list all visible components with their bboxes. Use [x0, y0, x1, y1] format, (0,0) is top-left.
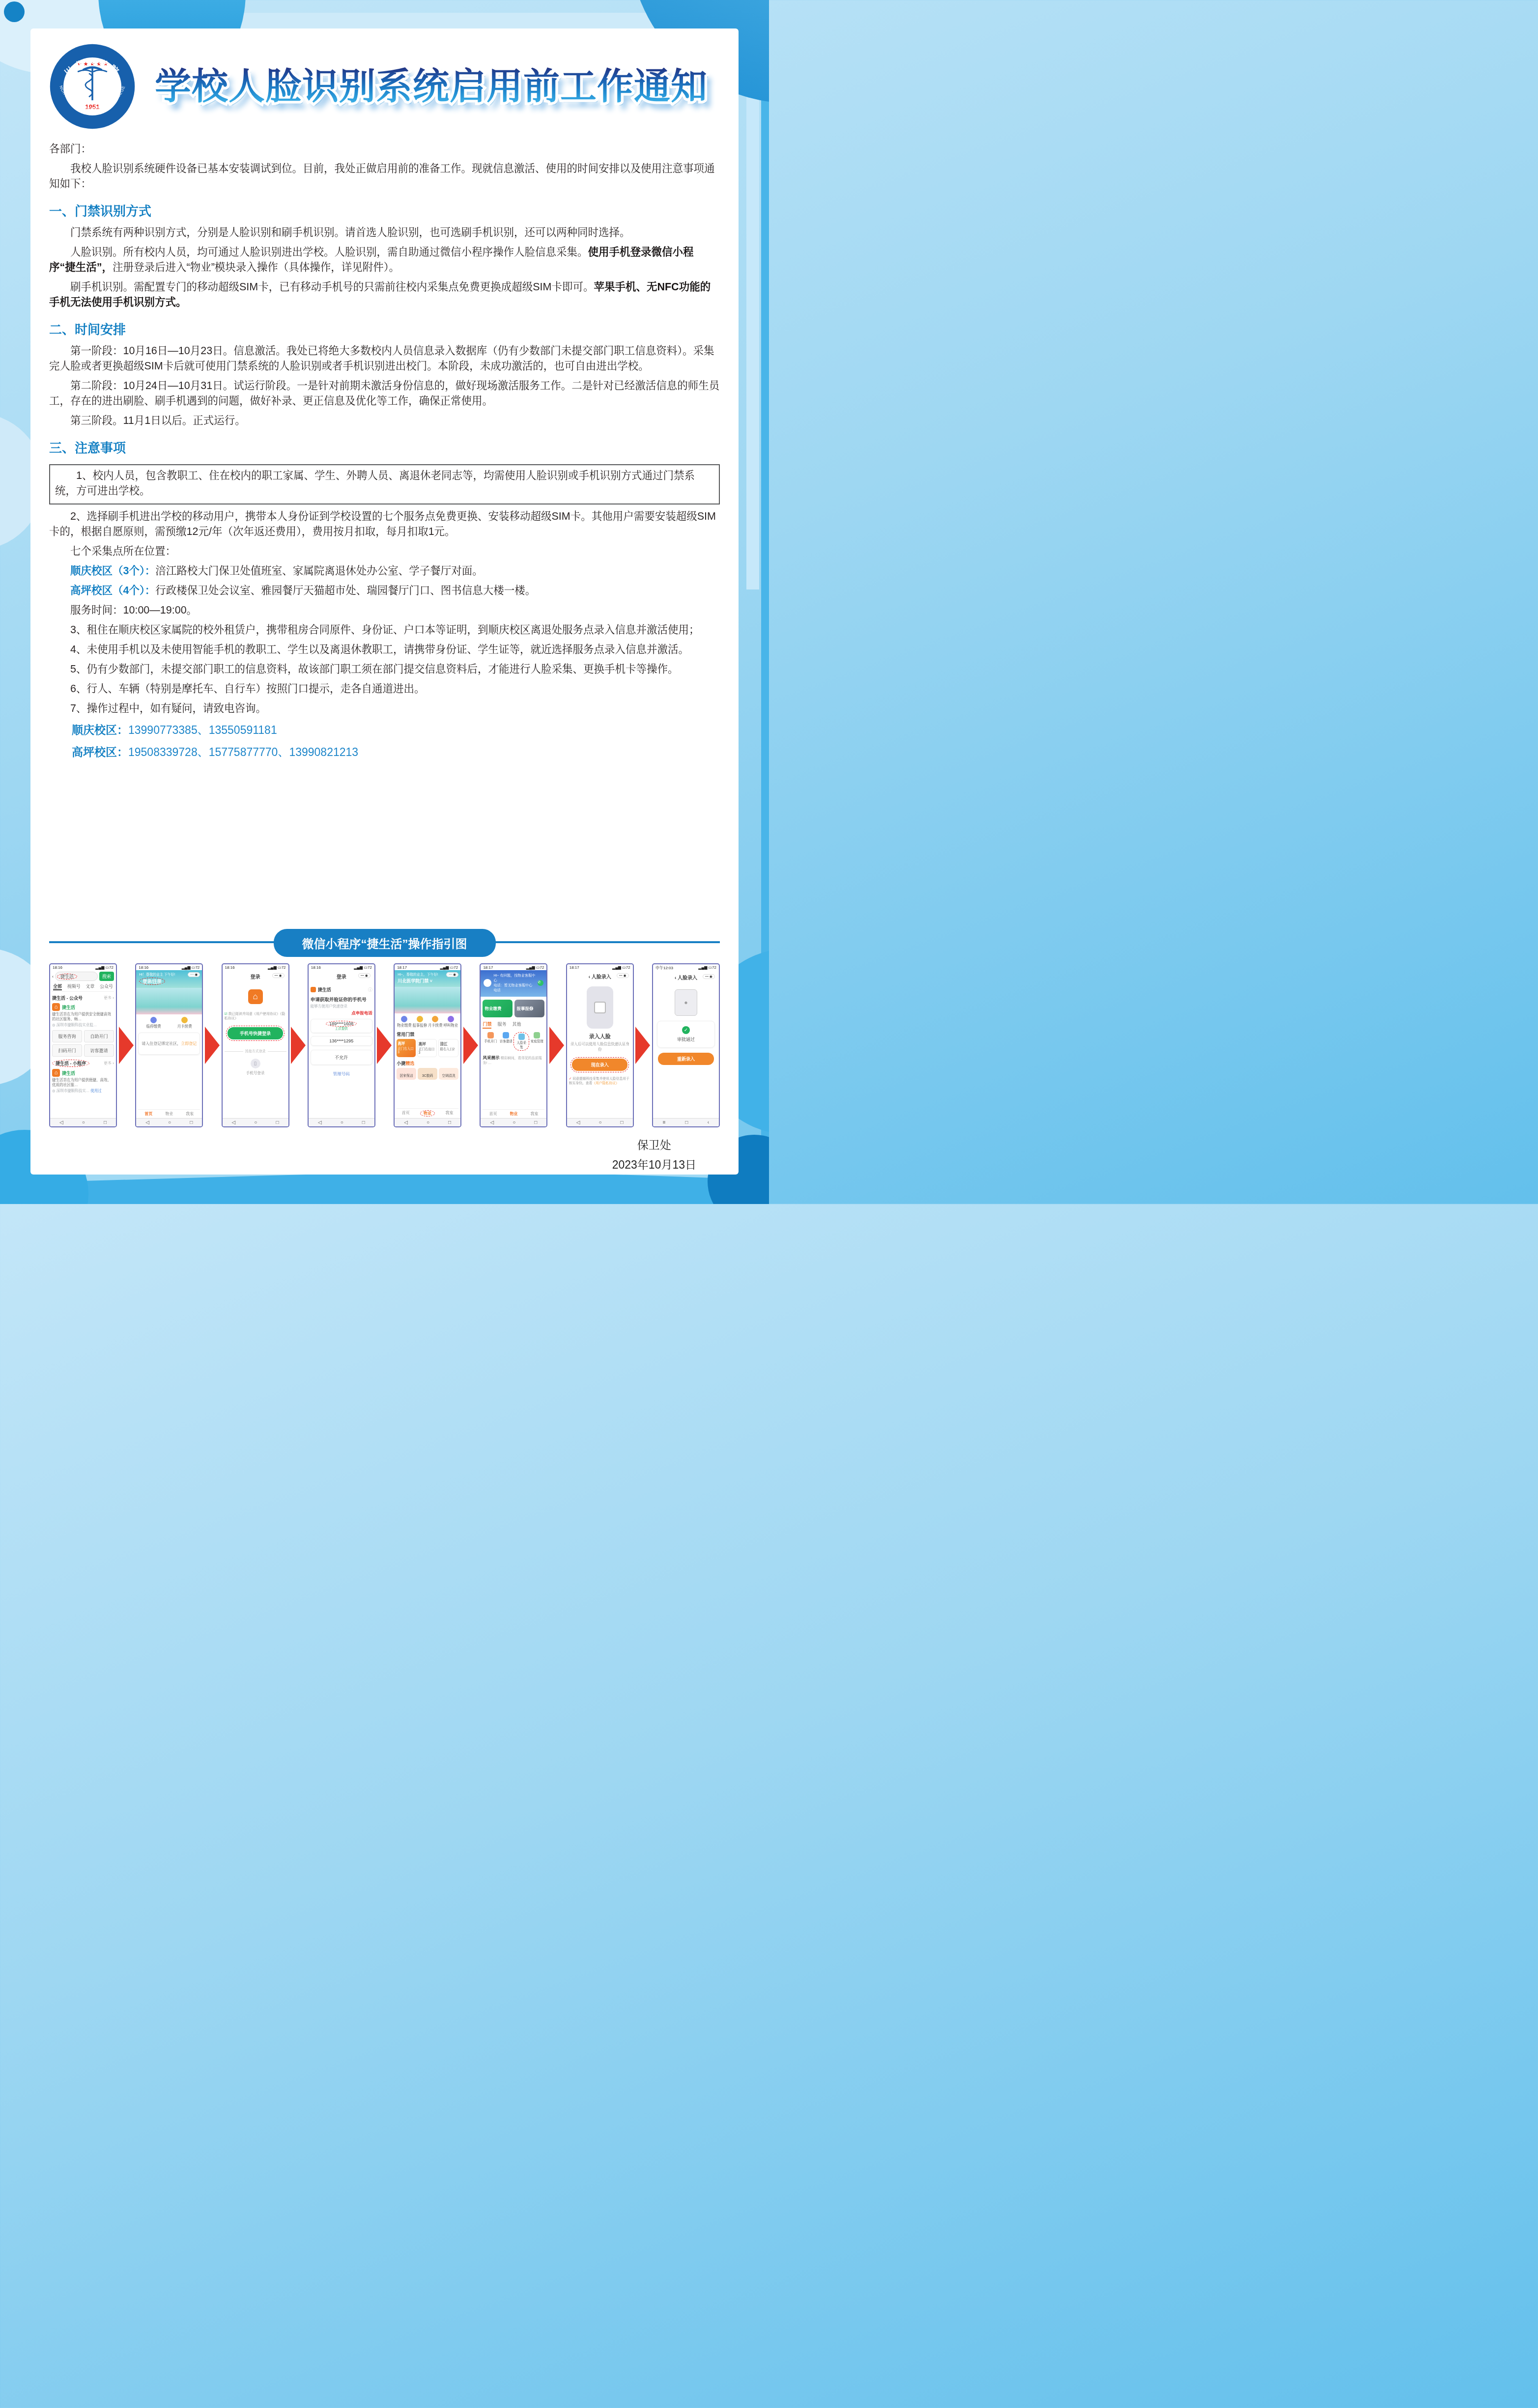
status-bar: 18:16▂▄▆ ▭72: [50, 964, 116, 970]
other-login-divider: 其他方式登录: [225, 1049, 286, 1054]
contact-shunqing-label: 顺庆校区：: [72, 724, 128, 736]
header-login-link[interactable]: 登录/注册: [139, 978, 165, 985]
status-time: 中午12:03: [655, 965, 673, 971]
section1-p2c: 注册登录后进入“物业”模块录入操作（具体操作，详见附件）。: [113, 261, 399, 273]
pill-wrap: 手机号快捷登录: [226, 1026, 285, 1041]
section-title-circled: 捷生活 - 小程序: [52, 1060, 89, 1067]
tab-服务[interactable]: 服务: [497, 1021, 506, 1029]
phone-step-4: 18:16▂▄▆ ▭72登录⋯ ◉捷生活ⓘ申请获取并验证你的手机号能够方便用户快…: [308, 963, 375, 1127]
face-scan-illustration: [587, 986, 613, 1029]
location-shunqing-text: 涪江路校大门保卫处值班室、家属院离退休处办公室、学子餐厅对面。: [155, 565, 483, 577]
step-arrow: [117, 963, 135, 1127]
phone-screen: ‹捷生活搜索全部视频号文章公众号捷生活 - 公众号更多 ›⌂捷生活捷生活旨在为用…: [50, 970, 116, 1118]
android-back-icon[interactable]: ◁: [232, 1120, 236, 1125]
location-shunqing: 顺庆校区（3个）：涪江路校大门保卫处值班室、家属院离退休处办公室、学子餐厅对面。: [49, 563, 720, 579]
note-item2: 2、选择刷手机进出学校的移动用户，携带本人身份证到学校设置的七个服务点免费更换、…: [49, 509, 720, 539]
bottom-tabs: 首页物业我家: [397, 1108, 458, 1118]
tab-物业[interactable]: 物业: [510, 1111, 517, 1117]
status-signal-battery-icon: ▂▄▆ ▭72: [440, 965, 458, 970]
signature: 保卫处: [612, 1135, 696, 1155]
door-name: 涪江: [440, 1041, 457, 1047]
status-bar: 18:17▂▄▆ ▭72: [395, 964, 460, 970]
location-gaoping-label: 高坪校区（4个）：: [70, 585, 155, 596]
status-time: 18:17: [397, 965, 407, 970]
tab-首页[interactable]: 首页: [144, 1111, 152, 1117]
muted-text: ◎ 深圳市捷顺科技实… 使用过: [52, 1088, 114, 1093]
phone-screen: 登录⋯ ◉捷生活ⓘ申请获取并验证你的手机号能够方便用户快速登录点申报电话189*…: [309, 970, 374, 1118]
bg-right-stripe: [746, 74, 759, 589]
service-呼叫物业[interactable]: 呼叫物业: [443, 1016, 459, 1028]
android-recent-icon[interactable]: □: [448, 1120, 451, 1125]
phone-screen: Hi~，尊敬的业主，下午好!川北医学院门禁 ˅⋯ ◉物业缴费报事报修月卡续费呼叫…: [395, 970, 460, 1118]
section2-p2: 第二阶段：10月24日—10月31日。试运行阶段。一是针对前期未激活身份信息的，…: [49, 378, 720, 409]
status-time: 18:16: [311, 965, 321, 970]
button-访客邀请[interactable]: 访客邀请: [84, 1044, 114, 1057]
function-icon: [487, 1032, 494, 1038]
function-icon: [534, 1032, 540, 1038]
status-bar: 18:17▂▄▆ ▭72: [481, 964, 546, 970]
manage-numbers-link[interactable]: 管理号码: [311, 1071, 372, 1077]
status-bar: 中午12:03▂▄▆ ▭72: [653, 964, 719, 971]
tab-门禁[interactable]: 门禁: [483, 1021, 491, 1029]
function-访客邀请[interactable]: 访客邀请: [498, 1032, 514, 1051]
tab-物业[interactable]: 物业: [165, 1111, 173, 1117]
android-recent-icon[interactable]: □: [621, 1120, 624, 1125]
muted-text: 能够方便用户快速登录: [311, 1004, 372, 1009]
face-frame-icon: [594, 1002, 606, 1013]
search-bar[interactable]: ‹捷生活搜索: [52, 972, 114, 981]
door-card-高坪[interactable]: 高坪正门右出口3: [417, 1039, 437, 1057]
contact-shunqing: 顺庆校区：13990773385、13550591181: [49, 722, 720, 738]
tab-首页[interactable]: 首页: [402, 1110, 410, 1117]
note-item3: 3、租住在顺庆校区家属院的校外租赁户，携带租房合同原件、身份证、户口本等证明，到…: [49, 622, 720, 638]
showcase-line: 风采展示 精彩瞬间，看得见的品质服务! …: [483, 1055, 544, 1065]
service-报事报修[interactable]: 报事报修: [412, 1016, 428, 1028]
section2-p3: 第三阶段。11月1日以后。正式运行。: [49, 413, 720, 428]
arrow-triangle-icon: [205, 1027, 220, 1064]
shop-空调清洗[interactable]: 空调清洗: [439, 1068, 458, 1080]
function-人脸采集[interactable]: 人脸采集: [513, 1032, 529, 1051]
intro-paragraph: 我校人脸识别系统硬件设备已基本安装调试到位。目前，我处正做启用前的准备工作。现就…: [49, 161, 720, 192]
step-arrow: [203, 963, 221, 1127]
status-signal-battery-icon: ▂▄▆ ▭72: [354, 965, 372, 970]
button-服务咨询[interactable]: 服务咨询: [52, 1030, 82, 1042]
subsection-label: 小捷精选: [397, 1060, 458, 1066]
notice-footer: 保卫处 2023年10月13日: [612, 1135, 696, 1175]
android-nav: ◁○□: [395, 1118, 460, 1126]
tab-公众号[interactable]: 公众号: [100, 983, 113, 990]
status-bar: 18:16▂▄▆ ▭72: [309, 964, 374, 970]
tap-hint-annotation: 点申报电话: [311, 1010, 372, 1016]
service-icon: [401, 1016, 407, 1022]
bottom-tabs: 首页物业我家: [483, 1109, 544, 1118]
muted-center-text: 手机号登录: [225, 1070, 286, 1076]
service-icon: [432, 1016, 438, 1022]
status-bar: 18:16▂▄▆ ▭72: [223, 964, 288, 970]
phone-login-icon: ▯: [251, 1059, 260, 1068]
phone-screen: Hi！尊敬的业主 下午好!登录/注册⋯ ◉临停缴费月卡续费请入住登记绑定社区，立…: [136, 970, 202, 1118]
wechat-capsule[interactable]: ⋯ ◉: [272, 973, 285, 978]
contact-gaoping: 高坪校区：19508339728、15775877770、13990821213: [49, 744, 720, 760]
app-name: 捷生活: [62, 1070, 75, 1076]
section1-p3a: 刷手机识别。需配置专门的移动超级SIM卡，已有移动手机号的只需前往校内采集点免费…: [70, 281, 594, 293]
city-illustration: [395, 987, 460, 1013]
approved-card: ✓审批通过: [657, 1021, 715, 1048]
section1-p3: 刷手机识别。需配置专门的移动超级SIM卡，已有移动手机号的只需前往校内采集点免费…: [49, 280, 720, 310]
android-nav: ◁○□: [136, 1118, 202, 1126]
tab-我家[interactable]: 我家: [186, 1111, 194, 1117]
status-signal-battery-icon: ▂▄▆ ▭72: [698, 965, 716, 971]
status-signal-battery-icon: ▂▄▆ ▭72: [526, 965, 544, 970]
property-header-text: Hi~ 有问题，找物业客服中心电话：暂无物业客服中心电话: [493, 973, 536, 993]
door-function-row: 手机开门访客邀请人脸采集家庭管理: [483, 1032, 544, 1051]
phone-step-3: 18:16▂▄▆ ▭72登录⋯ ◉⌂☑ 我已阅读并同意《用户使用协议》《隐私协议…: [222, 963, 289, 1127]
android-nav: ◁○□: [567, 1118, 633, 1126]
quick-buttons: 服务咨询自助开门扫码开门访客邀请: [52, 1030, 114, 1057]
android-recent-icon[interactable]: □: [104, 1120, 107, 1125]
enroll-face-title: 录入人脸: [569, 1033, 631, 1040]
last-used-label: 上次提供: [311, 1026, 372, 1031]
phone-line: 电话：暂无物业客服中心电话: [493, 983, 536, 993]
wechat-capsule[interactable]: ⋯ ◉: [617, 973, 629, 978]
android-nav: ◁○□: [223, 1118, 288, 1126]
section3-heading: 三、注意事项: [49, 438, 720, 456]
auth-title: 申请获取并验证你的手机号: [311, 996, 372, 1003]
android-home-icon[interactable]: ○: [341, 1120, 343, 1125]
wechat-capsule[interactable]: ⋯ ◉: [703, 974, 715, 979]
android-back-icon[interactable]: ◁: [490, 1120, 494, 1125]
subsection-label: 常用门禁: [397, 1031, 458, 1037]
arrow-triangle-icon: [377, 1027, 392, 1064]
tab-物业[interactable]: 物业: [420, 1110, 435, 1117]
auth-sheet-head: 捷生活ⓘ: [311, 986, 372, 993]
arrow-triangle-icon: [549, 1027, 564, 1064]
door-card-涪江[interactable]: 涪江路右入口2: [438, 1039, 458, 1057]
section-title: 捷生活 - 公众号: [52, 995, 83, 1001]
status-signal-battery-icon: ▂▄▆ ▭72: [612, 965, 630, 970]
face-id-icon: ☻: [675, 989, 697, 1016]
shop-居家保洁[interactable]: 居家保洁: [397, 1068, 416, 1080]
status-signal-battery-icon: ▂▄▆ ▭72: [95, 965, 114, 970]
android-home-icon[interactable]: □: [685, 1120, 688, 1125]
screen-title: 登录⋯ ◉: [225, 971, 286, 981]
android-recent-icon[interactable]: ‹: [708, 1120, 709, 1125]
tab-首页[interactable]: 首页: [489, 1111, 497, 1117]
property-cards: 物业缴费报事报修: [483, 1000, 544, 1017]
phone-number-option[interactable]: 189****1608上次提供: [311, 1019, 372, 1033]
tab-视频号[interactable]: 视频号: [67, 983, 81, 990]
app-description: 捷生活旨在为用户提供便捷、高效、优质的社区服…: [52, 1078, 114, 1087]
used-link[interactable]: 使用过: [90, 1089, 102, 1093]
phone-number: 136****1295: [329, 1038, 353, 1043]
phone-screen: ‹ 人脸录入⋯ ◉☻✓审批通过重新录入: [653, 971, 719, 1118]
function-手机开门[interactable]: 手机开门: [483, 1032, 498, 1051]
status-time: 18:16: [53, 965, 62, 970]
tab-我家[interactable]: 我家: [530, 1111, 538, 1117]
android-home-icon[interactable]: ○: [254, 1120, 257, 1125]
app-row: ⌂捷生活: [52, 1069, 114, 1077]
phone-step-6: 18:17▂▄▆ ▭72Hi~ 有问题，找物业客服中心电话：暂无物业客服中心电话…: [480, 963, 547, 1127]
notice-body: 各部门： 我校人脸识别系统硬件设备已基本安装调试到位。目前，我处正做启用前的准备…: [49, 133, 720, 915]
android-back-icon[interactable]: ◁: [576, 1120, 580, 1125]
app-mini-icon: [311, 987, 316, 992]
enroll-button[interactable]: 重新录入: [658, 1053, 713, 1065]
section1-p1: 门禁系统有两种识别方式，分别是人脸识别和刷手机识别。请首选人脸识别，也可选刷手机…: [49, 225, 720, 240]
app-row: ⌂捷生活: [52, 1003, 114, 1011]
location-gaoping: 高坪校区（4个）：行政楼保卫处会议室、雅园餐厅天猫超市处、瑞园餐厅门口、图书信息…: [49, 583, 720, 598]
phone-step-5: 18:17▂▄▆ ▭72Hi~，尊敬的业主，下午好!川北医学院门禁 ˅⋯ ◉物业…: [394, 963, 461, 1127]
service-临停缴费[interactable]: 临停缴费: [138, 1017, 169, 1029]
phone-screen: 登录⋯ ◉⌂☑ 我已阅读并同意《用户使用协议》《隐私协议》手机号快捷登录其他方式…: [223, 970, 288, 1118]
status-signal-battery-icon: ▂▄▆ ▭72: [268, 965, 286, 970]
property-header: Hi~ 有问题，找物业客服中心电话：暂无物业客服中心电话✆: [481, 970, 546, 997]
section1-heading: 一、门禁识别方式: [49, 201, 720, 220]
screen-title: ‹ 人脸录入⋯ ◉: [569, 971, 631, 981]
note-item5: 5、仍有少数部门，未提交部门职工的信息资料，故该部门职工须在部门提交信息资料后，…: [49, 662, 720, 677]
step-arrow: [634, 963, 652, 1127]
door-card-高坪[interactable]: 高坪正门右入口3: [397, 1039, 416, 1057]
android-nav: ◁○□: [481, 1118, 546, 1126]
android-recent-icon[interactable]: □: [534, 1120, 537, 1125]
note-item4: 4、未使用手机以及未使用智能手机的教职工、学生以及离退休教职工，请携带身份证、学…: [49, 642, 720, 657]
notice-date: 2023年10月13日: [612, 1155, 696, 1175]
note-item1-box: 1、校内人员，包含教职工、住在校内的职工家属、学生、外聘人员、离退休老同志等，均…: [49, 464, 720, 504]
section2-heading: 二、时间安排: [49, 320, 720, 338]
back-chevron-icon[interactable]: ‹: [52, 974, 54, 979]
more-link[interactable]: 更多 ›: [104, 1061, 114, 1066]
quick-login-button[interactable]: 手机号快捷登录: [228, 1027, 283, 1039]
contact-gaoping-label: 高坪校区：: [72, 746, 128, 758]
guide-banner-wrap: 微信小程序“捷生活”操作指引图: [49, 929, 720, 955]
service-icon: [181, 1017, 188, 1023]
circled-function: 人脸采集: [513, 1032, 529, 1051]
arrow-triangle-icon: [635, 1027, 650, 1064]
status-time: 18:17: [483, 965, 493, 970]
screen-title: ‹ 人脸录入⋯ ◉: [655, 972, 717, 982]
shop-3C数码[interactable]: 3C数码: [418, 1068, 437, 1080]
phone-number-option[interactable]: 136****1295: [311, 1036, 372, 1046]
contact-gaoping-numbers: 19508339728、15775877770、13990821213: [128, 746, 358, 758]
step-arrow: [289, 963, 308, 1127]
search-input[interactable]: 捷生活: [55, 972, 98, 981]
note-item7: 7、操作过程中，如有疑问，请致电咨询。: [49, 701, 720, 716]
contact-shunqing-numbers: 13990773385、13550591181: [128, 724, 277, 736]
page-title: 学校人脸识别系统启用前工作通知 学校人脸识别系统启用前工作通知: [142, 65, 720, 109]
function-家庭管理[interactable]: 家庭管理: [529, 1032, 545, 1051]
city-illustration: [136, 988, 202, 1014]
android-home-icon[interactable]: ○: [82, 1120, 85, 1125]
status-signal-battery-icon: ▂▄▆ ▭72: [182, 965, 200, 970]
bottom-tabs: 首页物业我家: [138, 1109, 200, 1118]
android-nav: ◁○□: [50, 1118, 116, 1126]
register-card[interactable]: 请入住登记绑定社区，立即登记: [138, 1033, 200, 1055]
pill-wrap: 现在录入: [570, 1057, 629, 1072]
service-月卡续费[interactable]: 月卡续费: [169, 1017, 200, 1029]
step-arrow: [375, 963, 394, 1127]
android-back-icon[interactable]: ◁: [404, 1120, 408, 1125]
search-query-circled: 捷生活: [57, 974, 77, 980]
wechat-guide-steps: 18:16▂▄▆ ▭72‹捷生活搜索全部视频号文章公众号捷生活 - 公众号更多 …: [49, 963, 720, 1127]
function-icon: [503, 1032, 509, 1038]
notice-card: ★ ★ ★ ★ ★ 1951 川北医学院 NORTH SICHUAN MEDIC…: [30, 28, 739, 1175]
location-gaoping-text: 行政楼保卫处会议室、雅园餐厅天猫超市处、瑞园餐厅门口、图书信息大楼一楼。: [155, 585, 536, 596]
status-time: 18:16: [139, 965, 148, 970]
highlight: 精选: [405, 1061, 414, 1066]
service-icon: [150, 1017, 157, 1023]
service-物业缴费[interactable]: 物业缴费: [397, 1016, 412, 1028]
section-line: 捷生活 - 小程序更多 ›: [52, 1060, 114, 1067]
page-title-text: 学校人脸识别系统启用前工作通知: [155, 66, 708, 107]
green-check-icon: ✓: [682, 1026, 690, 1034]
pill-wrap: 重新录入: [658, 1053, 713, 1065]
greeting: 各部门：: [49, 141, 720, 157]
section-line: 捷生活 - 公众号更多 ›: [52, 995, 114, 1001]
tab-其他[interactable]: 其他: [512, 1021, 521, 1029]
app-house-icon: ⌂: [52, 1069, 60, 1077]
school-logo: ★ ★ ★ ★ ★ 1951 川北医学院 NORTH SICHUAN MEDIC…: [49, 43, 136, 130]
screen-title: 登录⋯ ◉: [311, 971, 372, 981]
phone-step-8: 中午12:03▂▄▆ ▭72‹ 人脸录入⋯ ◉☻✓审批通过重新录入≡□‹: [652, 963, 720, 1127]
location-shunqing-label: 顺庆校区（3个）：: [70, 565, 155, 577]
section1-p2: 人脸识别。所有校内人员，均可通过人脸识别进出学校。人脸识别，需自助通过微信小程序…: [49, 245, 720, 275]
android-back-icon[interactable]: ◁: [318, 1120, 322, 1125]
door-cards: 高坪正门右入口3高坪正门右出口3涪江路右入口2: [397, 1039, 458, 1057]
bg-circle-dark-topleft: [4, 1, 25, 22]
service-icon-row: 临停缴费月卡续费: [138, 1017, 200, 1029]
deny-button[interactable]: 不允许: [311, 1050, 372, 1065]
service-icon: [448, 1016, 454, 1022]
tab-全部[interactable]: 全部: [53, 983, 62, 990]
avatar: [484, 979, 491, 987]
android-nav: ◁○□: [309, 1118, 374, 1126]
search-button[interactable]: 搜索: [99, 972, 114, 981]
door-name: 高坪: [398, 1041, 415, 1046]
header-login-link[interactable]: 川北医学院门禁 ˅: [398, 978, 432, 984]
note-item1: 1、校内人员，包含教职工、住在校内的职工家属、学生、外聘人员、离退休老同志等，均…: [55, 468, 714, 499]
more-link[interactable]: 更多 ›: [104, 995, 114, 1001]
arrow-triangle-icon: [463, 1027, 478, 1064]
android-home-icon[interactable]: ○: [598, 1120, 601, 1125]
step-arrow: [547, 963, 566, 1127]
muted-center-text: 录入后可以使用人脸信息快速认证身份: [569, 1041, 631, 1052]
app-house-icon: ⌂: [52, 1003, 60, 1011]
arrow-triangle-icon: [119, 1027, 134, 1064]
miniapp-header: Hi~，尊敬的业主，下午好!川北医学院门禁 ˅⋯ ◉: [395, 970, 460, 987]
call-icon[interactable]: ✆: [538, 980, 543, 986]
tab-文章[interactable]: 文章: [85, 983, 94, 990]
card-报事报修[interactable]: 报事报修: [514, 1000, 544, 1017]
agreement-line[interactable]: ☑ 我已阅读并同意《用户使用协议》《隐私协议》: [225, 1012, 286, 1021]
status-bar: 18:16▂▄▆ ▭72: [136, 964, 202, 970]
service-月卡续费[interactable]: 月卡续费: [427, 1016, 443, 1028]
android-home-icon[interactable]: ○: [168, 1120, 171, 1125]
android-home-icon[interactable]: ○: [513, 1120, 515, 1125]
android-back-icon[interactable]: ◁: [59, 1120, 63, 1125]
android-back-icon[interactable]: ≡: [663, 1120, 666, 1125]
module-tabs: 门禁服务其他: [483, 1021, 544, 1029]
android-recent-icon[interactable]: □: [362, 1120, 365, 1125]
arrow-triangle-icon: [291, 1027, 306, 1064]
phone-screen: Hi~ 有问题，找物业客服中心电话：暂无物业客服中心电话✆物业缴费报事报修门禁服…: [481, 970, 546, 1118]
android-home-icon[interactable]: ○: [427, 1120, 429, 1125]
wechat-capsule[interactable]: ⋯ ◉: [188, 972, 200, 977]
status-bar: 18:17▂▄▆ ▭72: [567, 964, 633, 970]
android-recent-icon[interactable]: □: [276, 1120, 279, 1125]
app-logo-icon: ⌂: [248, 989, 263, 1004]
service-icon: [417, 1016, 423, 1022]
phone-screen: ‹ 人脸录入⋯ ◉录入人脸录入后可以使用人脸信息快速认证身份现在录入✓ 同意捷顺…: [567, 970, 633, 1118]
phone-step-2: 18:16▂▄▆ ▭72Hi！尊敬的业主 下午好!登录/注册⋯ ◉临停缴费月卡续…: [135, 963, 203, 1127]
privacy-link[interactable]: 《用户隐私协议》: [592, 1082, 619, 1085]
wechat-capsule[interactable]: ⋯ ◉: [358, 973, 370, 978]
app-name: 捷生活: [62, 1004, 75, 1010]
miniapp-header: Hi！尊敬的业主 下午好!登录/注册⋯ ◉: [136, 970, 202, 988]
android-nav: ≡□‹: [653, 1118, 719, 1126]
function-icon: [518, 1034, 525, 1040]
android-back-icon[interactable]: ◁: [145, 1120, 149, 1125]
guide-banner: 微信小程序“捷生活”操作指引图: [274, 929, 496, 957]
phone-step-1: 18:16▂▄▆ ▭72‹捷生活搜索全部视频号文章公众号捷生活 - 公众号更多 …: [49, 963, 117, 1127]
section1-p2a: 人脸识别。所有校内人员，均可通过人脸识别进出学校。人脸识别，需自助通过微信小程序…: [70, 246, 588, 258]
greeting-line: Hi~ 有问题，找物业客服中心: [493, 973, 536, 983]
tab-我家[interactable]: 我家: [445, 1110, 453, 1117]
status-time: 18:16: [225, 965, 235, 970]
button-扫码开门[interactable]: 扫码开门: [52, 1044, 82, 1057]
info-icon: ⓘ: [368, 986, 372, 993]
status-time: 18:17: [570, 965, 579, 970]
service-icon-row: 物业缴费报事报修月卡续费呼叫物业: [397, 1016, 458, 1028]
shop-cards: 居家保洁3C数码空调清洗: [397, 1068, 458, 1080]
showcase-title: 风采展示: [483, 1055, 500, 1060]
search-tabs[interactable]: 全部视频号文章公众号: [52, 981, 114, 992]
enroll-button[interactable]: 现在录入: [572, 1059, 627, 1071]
checkbox-icon[interactable]: ☑: [225, 1012, 228, 1016]
section2-p1: 第一阶段：10月16日—10月23日。信息激活。我处已将绝大多数校内人员信息录入…: [49, 343, 720, 374]
note-item6: 6、行人、车辆（特别是摩托车、自行车）按照门口提示，走各自通道进出。: [49, 681, 720, 697]
locations-intro: 七个采集点所在位置：: [49, 544, 720, 559]
phone-step-7: 18:17▂▄▆ ▭72‹ 人脸录入⋯ ◉录入人脸录入后可以使用人脸信息快速认证…: [566, 963, 634, 1127]
card-物业缴费[interactable]: 物业缴费: [483, 1000, 513, 1017]
consent-line[interactable]: ✓ 同意捷顺科技采集并使用人脸信息用于核实身份。查看《用户隐私协议》: [569, 1077, 631, 1086]
service-time: 服务时间：10:00—19:00。: [49, 603, 720, 618]
muted-text: ◎ 深圳市捷顺科技实业股…: [52, 1022, 114, 1028]
app-description: 捷生活旨在为用户提供安全便捷高效的社区服务、畅…: [52, 1012, 114, 1021]
notice-header: ★ ★ ★ ★ ★ 1951 川北医学院 NORTH SICHUAN MEDIC…: [49, 40, 720, 133]
door-name: 高坪: [419, 1041, 436, 1047]
register-now-link[interactable]: 立即登记: [181, 1041, 197, 1046]
step-arrow: [461, 963, 480, 1127]
wechat-capsule[interactable]: ⋯ ◉: [446, 972, 458, 977]
red-check-icon: ✓: [569, 1077, 573, 1081]
android-recent-icon[interactable]: □: [190, 1120, 193, 1125]
button-自助开门[interactable]: 自助开门: [84, 1030, 114, 1042]
